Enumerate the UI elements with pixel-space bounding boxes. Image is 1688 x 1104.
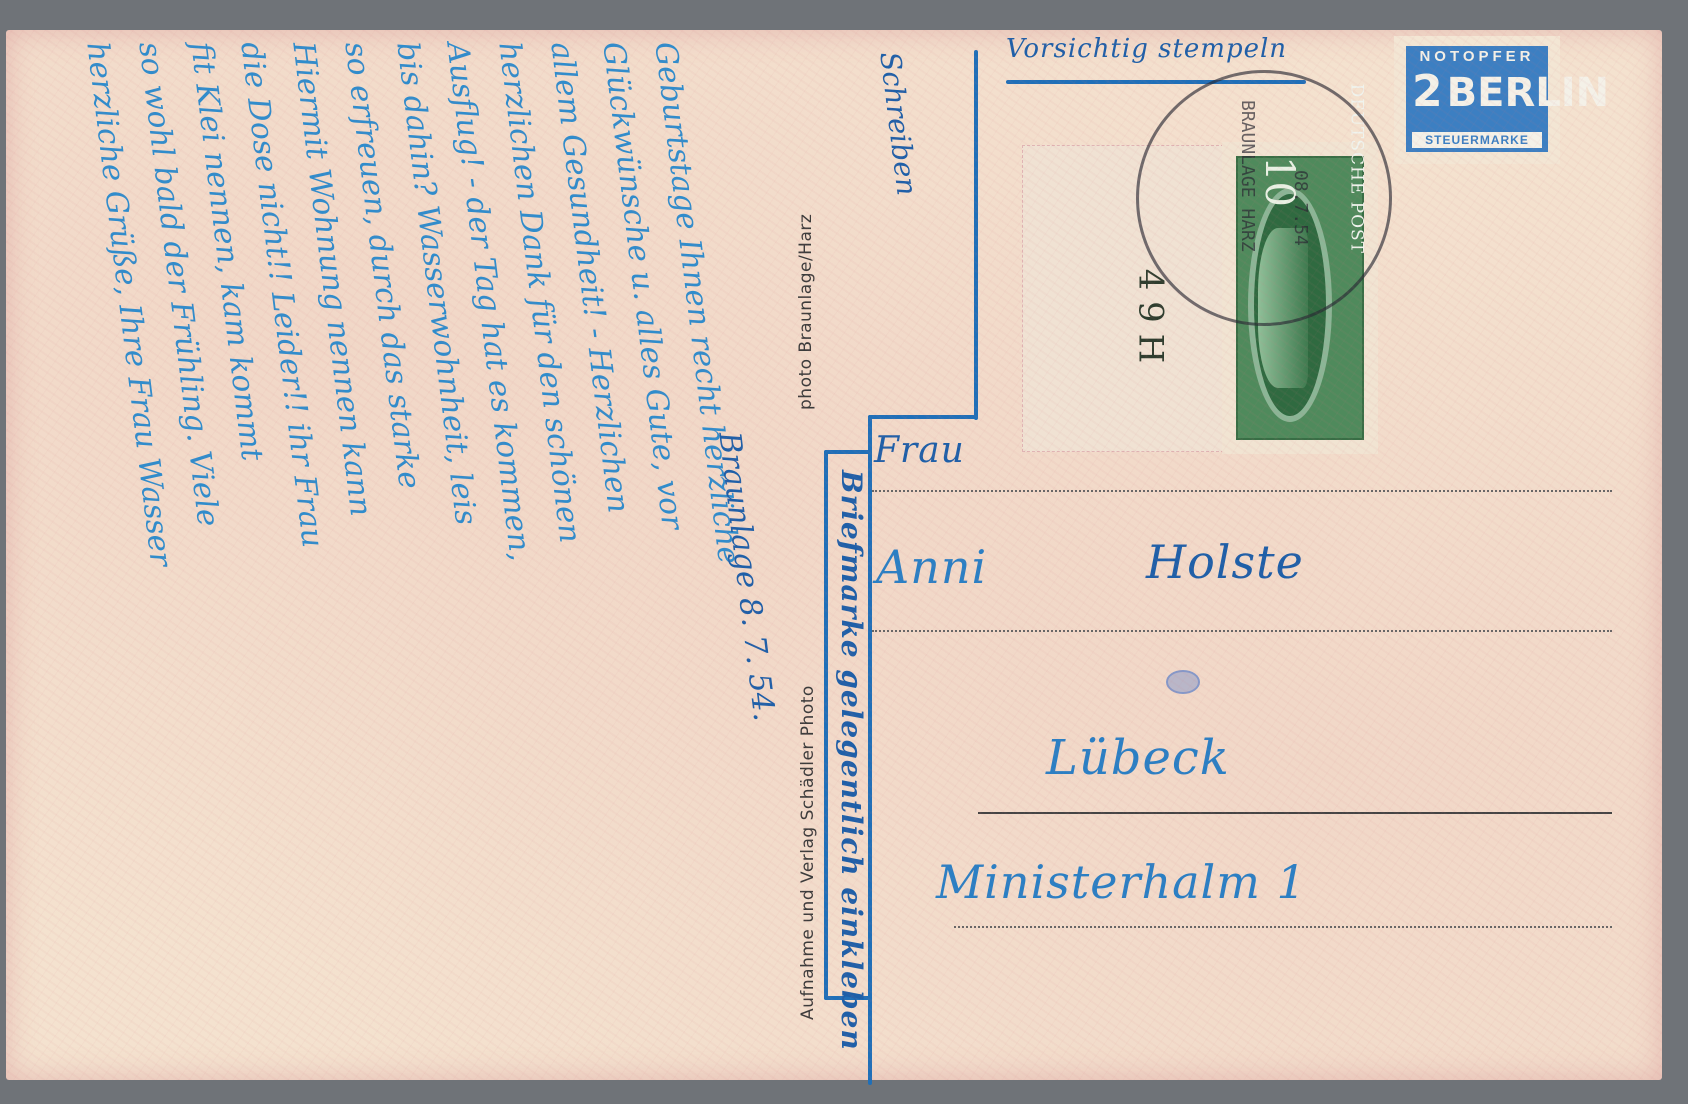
publisher-imprint: Aufnahme und Verlag Schädler Photo: [798, 685, 818, 1020]
note-box-line: [824, 450, 828, 1000]
divider-box-line: [868, 415, 976, 419]
top-note: Vorsichtig stempeln: [1006, 34, 1287, 64]
stamp-bottom-text: STEUERMARKE: [1412, 132, 1542, 148]
box-note: Briefmarke gelegentlich einkleben: [835, 470, 868, 1051]
postmark-circle: [1136, 70, 1392, 326]
address-city: Lübeck: [1046, 730, 1230, 786]
plate-number: 4 9 H: [1130, 269, 1170, 364]
postmark-date: 08.7.54: [1290, 170, 1311, 246]
address-line: [954, 926, 1612, 928]
stamp-city: BERLIN: [1447, 70, 1609, 116]
stamp-main-text: 2BERLIN: [1412, 66, 1544, 117]
address-line: [872, 630, 1612, 632]
message-place-date: Braunlage 8. 7. 54.: [711, 430, 781, 723]
ink-blot: [1166, 670, 1200, 694]
address-name-first: Anni: [876, 540, 987, 594]
note-box-line: [824, 450, 872, 454]
city-underline: [978, 812, 1612, 814]
address-line: [872, 490, 1612, 492]
stamp-top-text: NOTOPFER: [1406, 48, 1548, 65]
photo-imprint: photo Braunlage/Harz: [796, 214, 816, 410]
divider-box-line: [974, 50, 978, 420]
address-street: Ministerhalm 1: [936, 855, 1307, 909]
stamp-value: 2: [1412, 66, 1443, 117]
address-salutation: Frau: [874, 430, 965, 471]
postmark-place: BRAUNLAGE HARZ: [1237, 100, 1258, 252]
stamp-notopfer-berlin: NOTOPFER 2BERLIN STEUERMARKE: [1394, 36, 1560, 164]
postcard: herzliche Grüße, Ihre Frau Wasser so woh…: [6, 30, 1662, 1080]
corner-note: Schreiben: [873, 50, 923, 197]
address-name-last: Holste: [1146, 535, 1304, 589]
divider-box-line: [868, 415, 872, 1085]
